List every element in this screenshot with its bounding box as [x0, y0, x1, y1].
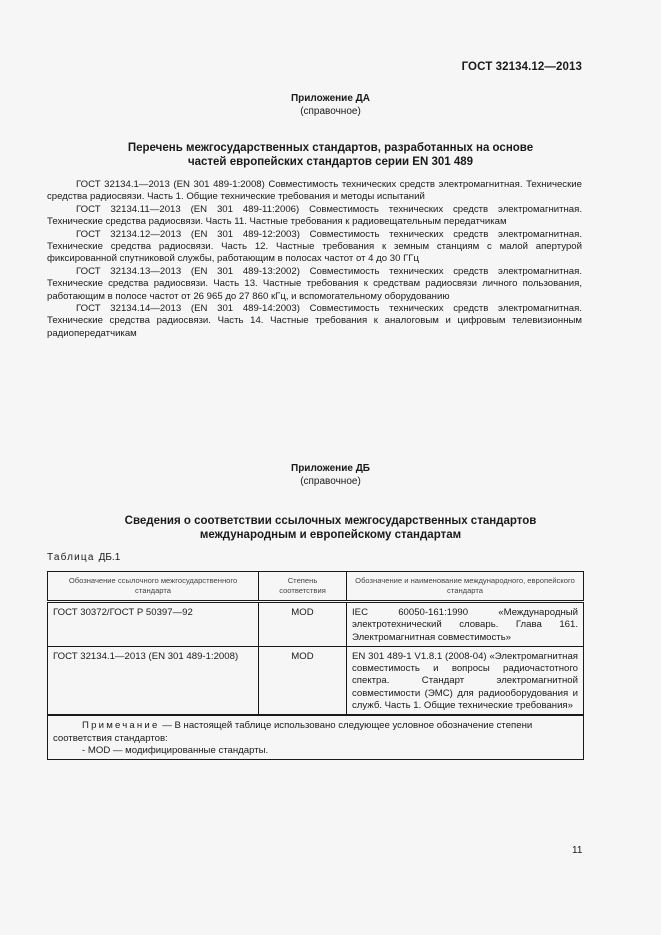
table-caption-word: Таблица [47, 552, 95, 563]
annex-da-title: Приложение ДА [0, 92, 661, 105]
annex-db-subtitle: (справочное) [0, 475, 661, 488]
cell-international: EN 301 489-1 V1.8.1 (2008-04) «Электрома… [347, 646, 584, 715]
cell-international: IEC 60050-161:1990 «Международный электр… [347, 602, 584, 647]
table-header-row: Обозначение ссылочного межгосударственно… [48, 572, 584, 602]
annex-da-heading-line2: частей европейских стандартов серии EN 3… [0, 155, 661, 170]
table-note-row: Примечание — В настоящей таблице использ… [48, 715, 584, 759]
table-row: ГОСТ 32134.1—2013 (EN 301 489-1:2008) MO… [48, 646, 584, 715]
page-number: 11 [572, 845, 582, 856]
column-header-standard: Обозначение ссылочного межгосударственно… [48, 572, 259, 602]
note-label: Примечание [82, 720, 160, 731]
column-header-degree: Степень соответствия [259, 572, 347, 602]
list-item: ГОСТ 32134.13—2013 (EN 301 489-13:2002) … [47, 266, 582, 303]
table-caption: Таблица ДБ.1 [47, 552, 120, 563]
table-note: Примечание — В настоящей таблице использ… [48, 715, 584, 759]
annex-db-heading-line2: международным и европейскому стандартам [0, 528, 661, 543]
list-item: ГОСТ 32134.14—2013 (EN 301 489-14:2003) … [47, 303, 582, 340]
annex-da-subtitle: (справочное) [0, 105, 661, 118]
reference-standards-table: Обозначение ссылочного межгосударственно… [47, 571, 584, 760]
cell-degree: MOD [259, 602, 347, 647]
table-row: ГОСТ 30372/ГОСТ Р 50397—92 MOD IEC 60050… [48, 602, 584, 647]
note-item: - MOD — модифицированные стандарты. [53, 745, 578, 757]
annex-db-heading-line1: Сведения о соответствии ссылочных межгос… [0, 514, 661, 529]
list-item: ГОСТ 32134.1—2013 (EN 301 489-1:2008) Со… [47, 179, 582, 204]
standards-list: ГОСТ 32134.1—2013 (EN 301 489-1:2008) Со… [47, 179, 582, 340]
list-item: ГОСТ 32134.12—2013 (EN 301 489-12:2003) … [47, 229, 582, 266]
cell-degree: MOD [259, 646, 347, 715]
annex-da-heading-line1: Перечень межгосударственных стандартов, … [0, 141, 661, 156]
cell-standard: ГОСТ 30372/ГОСТ Р 50397—92 [48, 602, 259, 647]
cell-standard: ГОСТ 32134.1—2013 (EN 301 489-1:2008) [48, 646, 259, 715]
list-item: ГОСТ 32134.11—2013 (EN 301 489-11:2006) … [47, 204, 582, 229]
column-header-international: Обозначение и наименование международног… [347, 572, 584, 602]
annex-db-title: Приложение ДБ [0, 462, 661, 475]
document-code: ГОСТ 32134.12—2013 [462, 61, 582, 73]
table-caption-number: ДБ.1 [99, 552, 121, 563]
